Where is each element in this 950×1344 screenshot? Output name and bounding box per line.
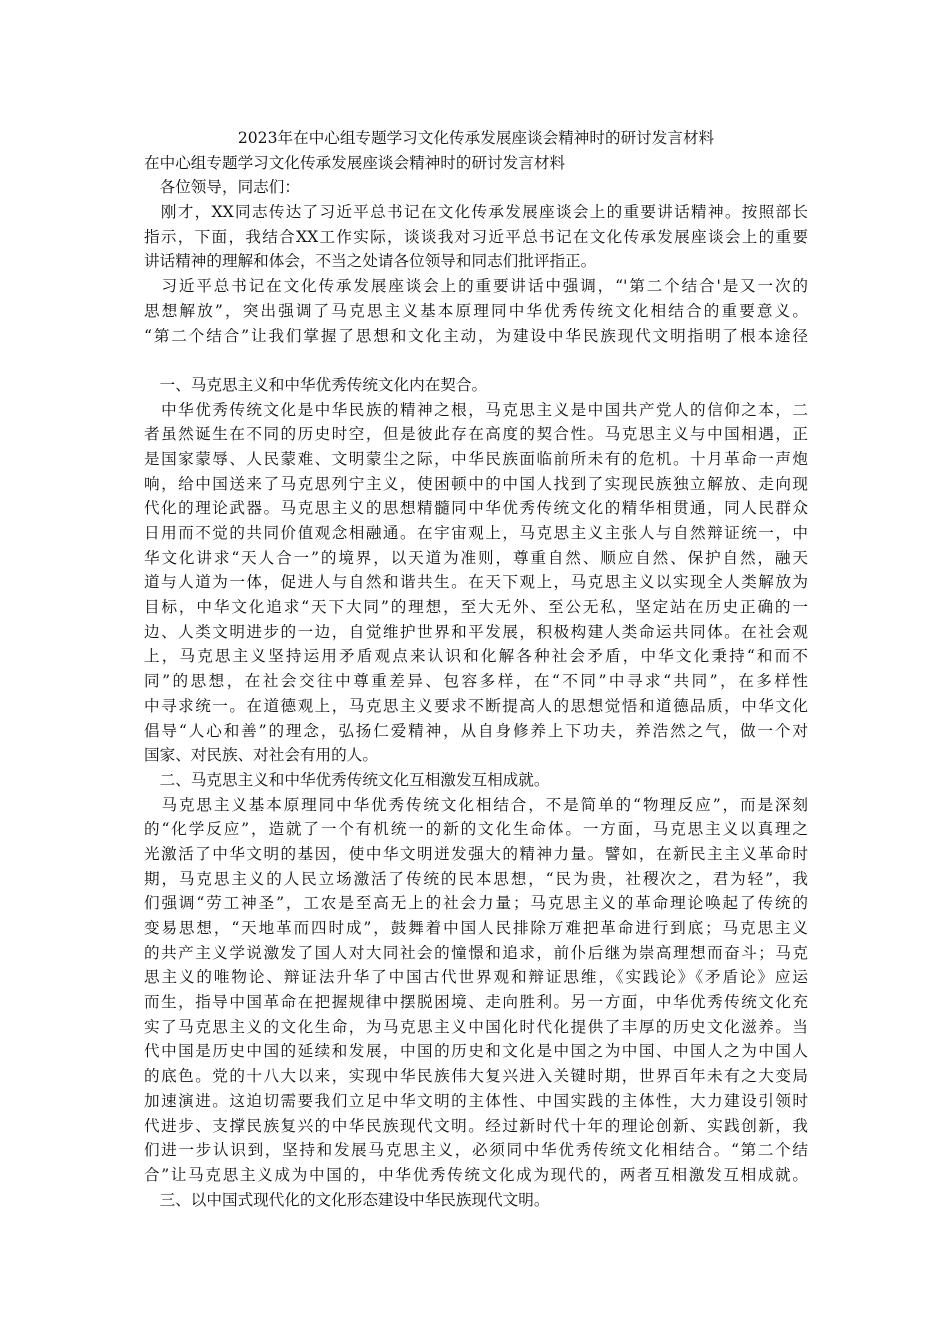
paragraph-line: 边、人类文明进步的一边，自觉维护世界和平发展，积极构建人类命运共同体。在社会观 bbox=[144, 620, 808, 645]
paragraph-line: 加速演进。这迫切需要我们立足中华文明的主体性、中国实践的主体性，大力建设引领时 bbox=[144, 1089, 808, 1114]
paragraph-line: 实了马克思主义的文化生命，为马克思主义中国化时代化提供了丰厚的历史文化滋养。当 bbox=[144, 1015, 808, 1040]
paragraph-line: 国家、对民族、对社会有用的人。 bbox=[144, 743, 808, 768]
paragraph-line: 变易思想，“天地革而四时成”，鼓舞着中国人民排除万难把革命进行到底；马克思主义 bbox=[144, 916, 808, 941]
paragraph-line: 马克思主义基本原理同中华优秀传统文化相结合，不是简单的“物理反应”，而是深刻 bbox=[144, 793, 808, 818]
paragraph-line: 三、以中国式现代化的文化形态建设中华民族现代文明。 bbox=[144, 1188, 808, 1213]
paragraph-line: 习近平总书记在文化传承发展座谈会上的重要讲话中强调，“'第二个结合'是又一次的 bbox=[144, 274, 808, 299]
paragraph-line: 日用而不觉的共同价值观念相融通。在宇宙观上，马克思主义主张人与自然辩证统一，中 bbox=[144, 521, 808, 546]
paragraph-line: 中寻求统一。在道德观上，马克思主义要求不断提高人的思想觉悟和道德品质，中华文化 bbox=[144, 694, 808, 719]
paragraph-line: 者虽然诞生在不同的历史时空，但是彼此存在高度的契合性。马克思主义与中国相遇，正 bbox=[144, 422, 808, 447]
paragraph-line: 的“化学反应”，造就了一个有机统一的新的文化生命体。一方面，马克思主义以真理之 bbox=[144, 817, 808, 842]
paragraph-line: 的底色。党的十八大以来，实现中华民族伟大复兴进入关键时期，世界百年未有之大变局 bbox=[144, 1064, 808, 1089]
paragraph-line: 道与人道为一体，促进人与自然和谐共生。在天下观上，马克思主义以实现全人类解放为 bbox=[144, 570, 808, 595]
paragraph-line: 代进步、支撑民族复兴的中华民族现代文明。经过新时代十年的理论创新、实践创新，我 bbox=[144, 1114, 808, 1139]
paragraph-line: 同”的思想，在社会交往中尊重差异、包容多样，在“不同”中寻求“共同”，在多样性 bbox=[144, 669, 808, 694]
paragraph-line: 是国家蒙辱、人民蒙难、文明蒙尘之际，中华民族面临前所未有的危机。十月革命一声炮 bbox=[144, 447, 808, 472]
paragraph-line: 思想解放”，突出强调了马克思主义基本原理同中华优秀传统文化相结合的重要意义。 bbox=[144, 299, 808, 324]
paragraph-line: 的共产主义学说激发了国人对大同社会的憧憬和追求，前仆后继为崇高理想而奋斗；马克 bbox=[144, 941, 808, 966]
paragraph-line: 华文化讲求“天人合一”的境界，以天道为准则，尊重自然、顺应自然、保护自然，融天 bbox=[144, 546, 808, 571]
document-body: 各位领导，同志们： 刚才，XX同志传达了习近平总书记在文化传承发展座谈会上的重要… bbox=[144, 175, 808, 1212]
paragraph-line: 二、马克思主义和中华优秀传统文化互相激发互相成就。 bbox=[144, 768, 808, 793]
paragraph-line: 响，给中国送来了马克思列宁主义，使困顿中的中国人找到了实现民族独立解放、走向现 bbox=[144, 472, 808, 497]
paragraph-line: 中华优秀传统文化是中华民族的精神之根，马克思主义是中国共产党人的信仰之本，二 bbox=[144, 398, 808, 423]
document-page: 2023年在中心组专题学习文化传承发展座谈会精神时的研讨发言材料 在中心组专题学… bbox=[144, 126, 808, 1212]
paragraph-line: 刚才，XX同志传达了习近平总书记在文化传承发展座谈会上的重要讲话精神。按照部长 bbox=[144, 200, 808, 225]
paragraph-line: 光激活了中华文明的基因，使中华文明迸发强大的精神力量。譬如，在新民主主义革命时 bbox=[144, 842, 808, 867]
paragraph-line: 各位领导，同志们： bbox=[144, 175, 808, 200]
paragraph-line: 讲话精神的理解和体会，不当之处请各位领导和同志们批评指正。 bbox=[144, 249, 808, 274]
paragraph-line: 思主义的唯物论、辩证法升华了中国古代世界观和辩证思维，《实践论》《矛盾论》应运 bbox=[144, 965, 808, 990]
paragraph-line: 们强调“劳工神圣”，工农是至高无上的社会力量；马克思主义的革命理论唤起了传统的 bbox=[144, 891, 808, 916]
blank-line bbox=[144, 348, 808, 373]
paragraph-line: 指示，下面，我结合XX工作实际，谈谈我对习近平总书记在文化传承发展座谈会上的重要 bbox=[144, 225, 808, 250]
document-title: 2023年在中心组专题学习文化传承发展座谈会精神时的研讨发言材料 bbox=[144, 126, 808, 151]
paragraph-line: 目标，中华文化追求“天下大同”的理想，至大无外、至公无私，坚定站在历史正确的一 bbox=[144, 595, 808, 620]
document-subtitle: 在中心组专题学习文化传承发展座谈会精神时的研讨发言材料 bbox=[144, 151, 808, 176]
paragraph-line: 们进一步认识到，坚持和发展马克思主义，必须同中华优秀传统文化相结合。“第二个结 bbox=[144, 1138, 808, 1163]
paragraph-line: 合”让马克思主义成为中国的，中华优秀传统文化成为现代的，两者互相激发互相成就。 bbox=[144, 1163, 808, 1188]
paragraph-line: 代中国是历史中国的延续和发展，中国的历史和文化是中国之为中国、中国人之为中国人 bbox=[144, 1039, 808, 1064]
paragraph-line: 上，马克思主义坚持运用矛盾观点来认识和化解各种社会矛盾，中华文化秉持“和而不 bbox=[144, 644, 808, 669]
paragraph-line: 期，马克思主义的人民立场激活了传统的民本思想，“民为贵，社稷次之，君为轻”，我 bbox=[144, 867, 808, 892]
paragraph-line: 代化的理论武器。马克思主义的思想精髓同中华优秀传统文化的精华相贯通，同人民群众 bbox=[144, 496, 808, 521]
paragraph-line: 一、马克思主义和中华优秀传统文化内在契合。 bbox=[144, 373, 808, 398]
paragraph-line: 倡导“人心和善”的理念，弘扬仁爱精神，从自身修养上下功夫，养浩然之气，做一个对 bbox=[144, 719, 808, 744]
paragraph-line: “第二个结合”让我们掌握了思想和文化主动，为建设中华民族现代文明指明了根本途径 bbox=[144, 324, 808, 349]
paragraph-line: 而生，指导中国革命在把握规律中摆脱困境、走向胜利。另一方面，中华优秀传统文化充 bbox=[144, 990, 808, 1015]
